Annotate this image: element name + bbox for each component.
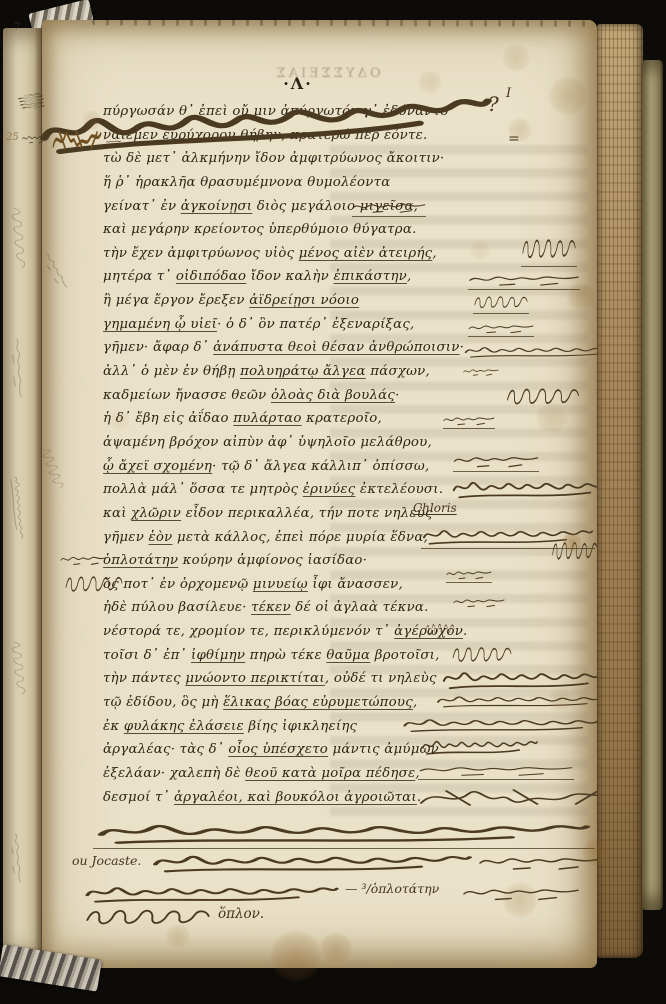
printed-text-segment: ναιέμεν εὐρύχορον θήβην, κρατερώ περ ἐόν… [103,128,427,143]
printed-text-segment: . [417,790,421,805]
printed-text-segment: καὶ μεγάρην κρείοντος ὑπερθύμοιο θύγατρα… [103,222,417,237]
printed-line: ὅς ποτ᾽ ἐν ὀρχομενῷ μινυείῳ ἶφι ἄνασσεν, [103,573,581,597]
printed-text-segment: τῷ ἐδίδου, ὃς μὴ [103,695,223,710]
printed-word-underlined: ἀνάπυστα θεοὶ θέσαν ἀνθρώποισιν [213,340,459,355]
printed-word-underlined: μνώοντο περικτίται [185,671,325,686]
printed-text-segment: δέ οἱ ἀγλαὰ τέκνα. [291,600,429,615]
printed-word-underlined: γημαμένη ᾧ υἱεῖ [103,317,217,332]
printed-text-segment: ἣ μέγα ἔργον ἔρεξεν [103,293,249,308]
printed-text-segment: βίης ἰφικληείης [244,719,357,734]
printed-line: τῷ ἐδίδου, ὃς μὴ ἕλικας βόας εὐρυμετώπου… [103,691,581,715]
printed-text-segment: γῆμεν· ἄφαρ δ᾽ [103,340,213,355]
printed-line: πολλὰ μάλ᾽ ὅσσα τε μητρὸς ἐρινύες ἐκτελέ… [103,478,581,502]
book-fore-edge [597,24,643,958]
printed-text-segment: ἠδὲ πύλου βασίλευε· [103,600,251,615]
printed-word-underlined: χλῶριν [131,506,181,521]
printed-text-segment: βροτοῖσι, [370,648,439,663]
printed-text-segment: διὸς μεγάλοιο μιγεῖσα, [252,199,418,214]
printed-word-underlined: ἐπικάστην [333,269,407,284]
printed-line: νέστορά τε, χρομίον τε, περικλύμενόν τ᾽ … [103,620,581,644]
printed-text-segment: τὴν πάντες [103,671,185,686]
printed-text-segment: γείνατ᾽ ἐν [103,199,181,214]
printed-text-segment: ἁψαμένη βρόχον αἰπὺν ἀφ᾽ ὑψηλοῖο μελάθρο… [103,435,432,450]
printed-word-underlined: ᾧ ἄχεϊ σχομένη [103,459,212,474]
printed-text-segment: , [413,695,417,710]
printed-text-segment: ἀλλ᾽ ὁ μὲν ἐν θήβῃ [103,364,240,379]
printed-word-underlined: ἑὸν [149,530,173,545]
printed-text-segment: , οὐδέ τι νηλεὺς [325,671,437,686]
printed-text-segment: τὴν ἔχεν ἀμφιτρύωνος υἱὸς [103,246,299,261]
printed-text-segment: , [432,246,436,261]
printed-text-segment: · [395,388,399,403]
printed-text-segment: πολλὰ μάλ᾽ ὅσσα τε μητρὸς [103,482,303,497]
printed-line: τὼ δὲ μετ᾽ ἀλκμήνην ἴδον ἀμφιτρύωνος ἄκο… [103,147,581,171]
printed-word-underlined: ἀϊδρείῃσι νόοιο [249,293,359,308]
printed-text-segment: νέστορά τε, χρομίον τε, περικλύμενόν τ᾽ [103,624,394,639]
printed-text-segment: · [460,340,464,355]
printed-word-underlined: μινυείῳ [253,577,308,592]
printed-text-segment: ἐξελάαν· χαλεπὴ δὲ [103,766,245,781]
printed-text-segment: ὅς ποτ᾽ ἐν ὀρχομενῷ [103,577,253,592]
previous-page-edge [3,28,42,964]
printed-line: ἣ μέγα ἔργον ἔρεξεν ἀϊδρείῃσι νόοιο [103,289,581,313]
printed-word-underlined: οἶος ὑπέσχετο [228,742,328,757]
printed-word-underlined: φυλάκης ἐλάσειε [124,719,244,734]
printed-text-segment: , [407,269,411,284]
printed-word-underlined: ὁπλοτάτην [103,553,178,568]
printed-text-segment: πάσχων, [366,364,430,379]
printed-line: ὁπλοτάτην κούρην ἀμφίονος ἰασίδαο· [103,549,581,573]
book-numeral-heading: ·Λ· [243,74,353,93]
printed-text-segment: καὶ [103,506,131,521]
deckle-edge-specks [92,19,588,26]
printed-word-underlined: ἀγέρωχον [394,624,463,639]
printed-line: καὶ μεγάρην κρείοντος ὑπερθύμοιο θύγατρα… [103,218,581,242]
printed-text-segment: τοῖσι δ᾽ ἐπ᾽ [103,648,191,663]
printed-text-segment: μάντις ἀμύμων [328,742,439,757]
printed-line: τὴν ἔχεν ἀμφιτρύωνος υἱὸς μένος αἰὲν ἀτε… [103,242,581,266]
printed-text-segment: , [415,766,419,781]
printed-line: καὶ χλῶριν εἶδον περικαλλέα, τήν ποτε νη… [103,502,581,526]
printed-word-underlined: ἀγκοίνῃσι [181,199,252,214]
printed-line: ᾧ ἄχεϊ σχομένη· τῷ δ᾽ ἄλγεα κάλλιπ᾽ ὀπίσ… [103,455,581,479]
printed-line: τὴν πάντες μνώοντο περικτίται, οὐδέ τι ν… [103,667,581,691]
printed-line: ἡ δ᾽ ἔβη εἰς ἀΐδαο πυλάρταο κρατεροῖο, [103,407,581,431]
printed-word-underlined: ὀλοὰς διὰ βουλάς [271,388,395,403]
printed-text-segment: μετὰ κάλλος, ἐπεὶ πόρε μυρία ἕδνα, [173,530,429,545]
printed-greek-text: πύργωσάν θ᾽ ἐπεὶ οὔ μιν ἀπύργωτόν γ᾽ ἐδύ… [103,100,581,809]
printed-text-segment: κρατεροῖο, [302,411,382,426]
printed-text-segment: πύργωσάν θ᾽ ἐπεὶ οὔ μιν ἀπύργωτόν γ᾽ ἐδύ… [103,104,449,119]
printed-line: ἀργαλέας· τὰς δ᾽ οἶος ὑπέσχετο μάντις ἀμ… [103,738,581,762]
photograph-of-book-page: ΟΔΥΣΣΕΙΑΣ ·Λ· πύργωσάν θ᾽ ἐπεὶ οὔ μιν ἀπ… [0,0,666,1004]
printed-line: γῆμεν· ἄφαρ δ᾽ ἀνάπυστα θεοὶ θέσαν ἀνθρώ… [103,336,581,360]
book-cover-edge [642,60,663,910]
printed-text-segment: ἡ δ᾽ ἔβη εἰς ἀΐδαο [103,411,233,426]
printed-line: γημαμένη ᾧ υἱεῖ· ὁ δ᾽ ὃν πατέρ᾽ ἐξεναρίξ… [103,313,581,337]
printed-line: ἐκ φυλάκης ἐλάσειε βίης ἰφικληείης [103,715,581,739]
printed-line: ἠδὲ πύλου βασίλευε· τέκεν δέ οἱ ἀγλαὰ τέ… [103,596,581,620]
printed-text-segment: κούρην ἀμφίονος ἰασίδαο· [178,553,367,568]
printed-text-segment: . [463,624,467,639]
printed-line: γείνατ᾽ ἐν ἀγκοίνῃσι διὸς μεγάλοιο μιγεῖ… [103,195,581,219]
printed-text-segment: δεσμοί τ᾽ [103,790,174,805]
printed-text-segment: καδμείων ἤνασσε θεῶν [103,388,271,403]
printed-line: καδμείων ἤνασσε θεῶν ὀλοὰς διὰ βουλάς· [103,384,581,408]
printed-text-segment: ἴδον καλὴν [246,269,333,284]
printed-text-segment: εἶδον περικαλλέα, τήν ποτε νηλεὺς [181,506,433,521]
printed-word-underlined: οἰδιπόδαο [176,269,246,284]
printed-line: ναιέμεν εὐρύχορον θήβην, κρατερώ περ ἐόν… [103,124,581,148]
printed-text-segment: ἥ ῥ᾽ ἡρακλῆα θρασυμέμνονα θυμολέοντα [103,175,390,190]
printed-line: ἥ ῥ᾽ ἡρακλῆα θρασυμέμνονα θυμολέοντα [103,171,581,195]
printed-word-underlined: τέκεν [251,600,291,615]
printed-word-underlined: πυλάρταο [233,411,301,426]
printed-text-segment: ἀργαλέας· τὰς δ᾽ [103,742,228,757]
printed-text-segment: τὼ δὲ μετ᾽ ἀλκμήνην ἴδον ἀμφιτρύωνος ἄκο… [103,151,444,166]
printed-word-underlined: ἐρινύες [303,482,356,497]
printed-text-segment: ἶφι ἄνασσεν, [308,577,403,592]
printed-text-segment: ἐκ [103,719,124,734]
printed-text-segment: · τῷ δ᾽ ἄλγεα κάλλιπ᾽ ὀπίσσω, [212,459,429,474]
printed-word-underlined: ἀργαλέοι, καὶ βουκόλοι ἀγροιῶται [174,790,417,805]
printed-word-underlined: ἕλικας βόας εὐρυμετώπους [223,695,413,710]
printed-text-segment: πηρὼ τέκε [245,648,326,663]
printed-line: μητέρα τ᾽ οἰδιπόδαο ἴδον καλὴν ἐπικάστην… [103,265,581,289]
printed-text-segment: γῆμεν [103,530,149,545]
printed-word-underlined: θεοῦ κατὰ μοῖρα πέδησε [245,766,415,781]
printed-text-segment: μητέρα τ᾽ [103,269,176,284]
printed-line: γῆμεν ἑὸν μετὰ κάλλος, ἐπεὶ πόρε μυρία ἕ… [103,526,581,550]
printed-text-segment: · ὁ δ᾽ ὃν πατέρ᾽ ἐξεναρίξας, [217,317,414,332]
printed-line: ἀλλ᾽ ὁ μὲν ἐν θήβῃ πολυηράτῳ ἄλγεα πάσχω… [103,360,581,384]
printed-text-segment: ἐκτελέουσι. [355,482,443,497]
printed-word-underlined: ἰφθίμην [191,648,245,663]
printed-word-underlined: θαῦμα [326,648,370,663]
printed-word-underlined: μένος αἰὲν ἀτειρής [299,246,433,261]
printed-line: πύργωσάν θ᾽ ἐπεὶ οὔ μιν ἀπύργωτόν γ᾽ ἐδύ… [103,100,581,124]
printed-line: τοῖσι δ᾽ ἐπ᾽ ἰφθίμην πηρὼ τέκε θαῦμα βρο… [103,644,581,668]
printed-line: ἁψαμένη βρόχον αἰπὺν ἀφ᾽ ὑψηλοῖο μελάθρο… [103,431,581,455]
printed-line: ἐξελάαν· χαλεπὴ δὲ θεοῦ κατὰ μοῖρα πέδησ… [103,762,581,786]
printed-line: δεσμοί τ᾽ ἀργαλέοι, καὶ βουκόλοι ἀγροιῶτ… [103,786,581,810]
printed-word-underlined: πολυηράτῳ ἄλγεα [240,364,366,379]
